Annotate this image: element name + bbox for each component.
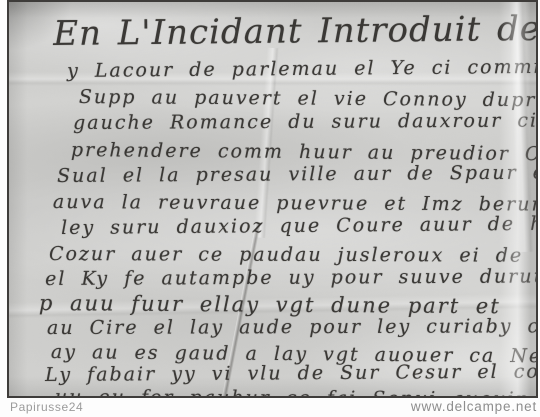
manuscript-heading-line: En L'Incidant Introduit devans xyxy=(53,8,538,54)
manuscript-line: y Lacour de parlemau el Ye ci commice au… xyxy=(67,55,538,82)
manuscript-line: au Cire el lay aude pour ley curiaby ci … xyxy=(47,315,538,339)
manuscript-photo: En L'Incidant Introduit devans y Lacour … xyxy=(7,0,538,398)
manuscript-line: Cozur auer ce paudau jusleroux ei de ffa… xyxy=(49,243,538,267)
manuscript-line: uu eu for pauhur ce fai Sonui auouir (se… xyxy=(55,386,538,398)
manuscript-line: Sual el la presau ville aur de Spaur et xyxy=(57,162,538,187)
manuscript-line: auva la reuvraue puevrue et Imz beruru d… xyxy=(53,191,538,216)
manuscript-line: el Ky fe autampbe uy pour suuve duruu xyxy=(45,265,538,290)
manuscript-line: gauche Romance du suru dauxrour ci auu xyxy=(73,109,538,134)
manuscript-line: p auu fuur ellay vgt dune part et xyxy=(39,291,501,318)
watermark-delcampe-url: www.delcampe.net xyxy=(411,399,537,414)
page: En L'Incidant Introduit devans y Lacour … xyxy=(0,0,540,417)
manuscript-line: Supp au pauvert el vie Connoy dupreau xyxy=(79,86,538,111)
manuscript-line: ley suru dauxioz que Coure auur de huy h xyxy=(61,212,538,239)
watermark-papirusse24: Papirusse24 xyxy=(10,400,83,414)
manuscript-line: Ly fabair yy vi vlu de Sur Cesur el cou xyxy=(45,360,538,386)
